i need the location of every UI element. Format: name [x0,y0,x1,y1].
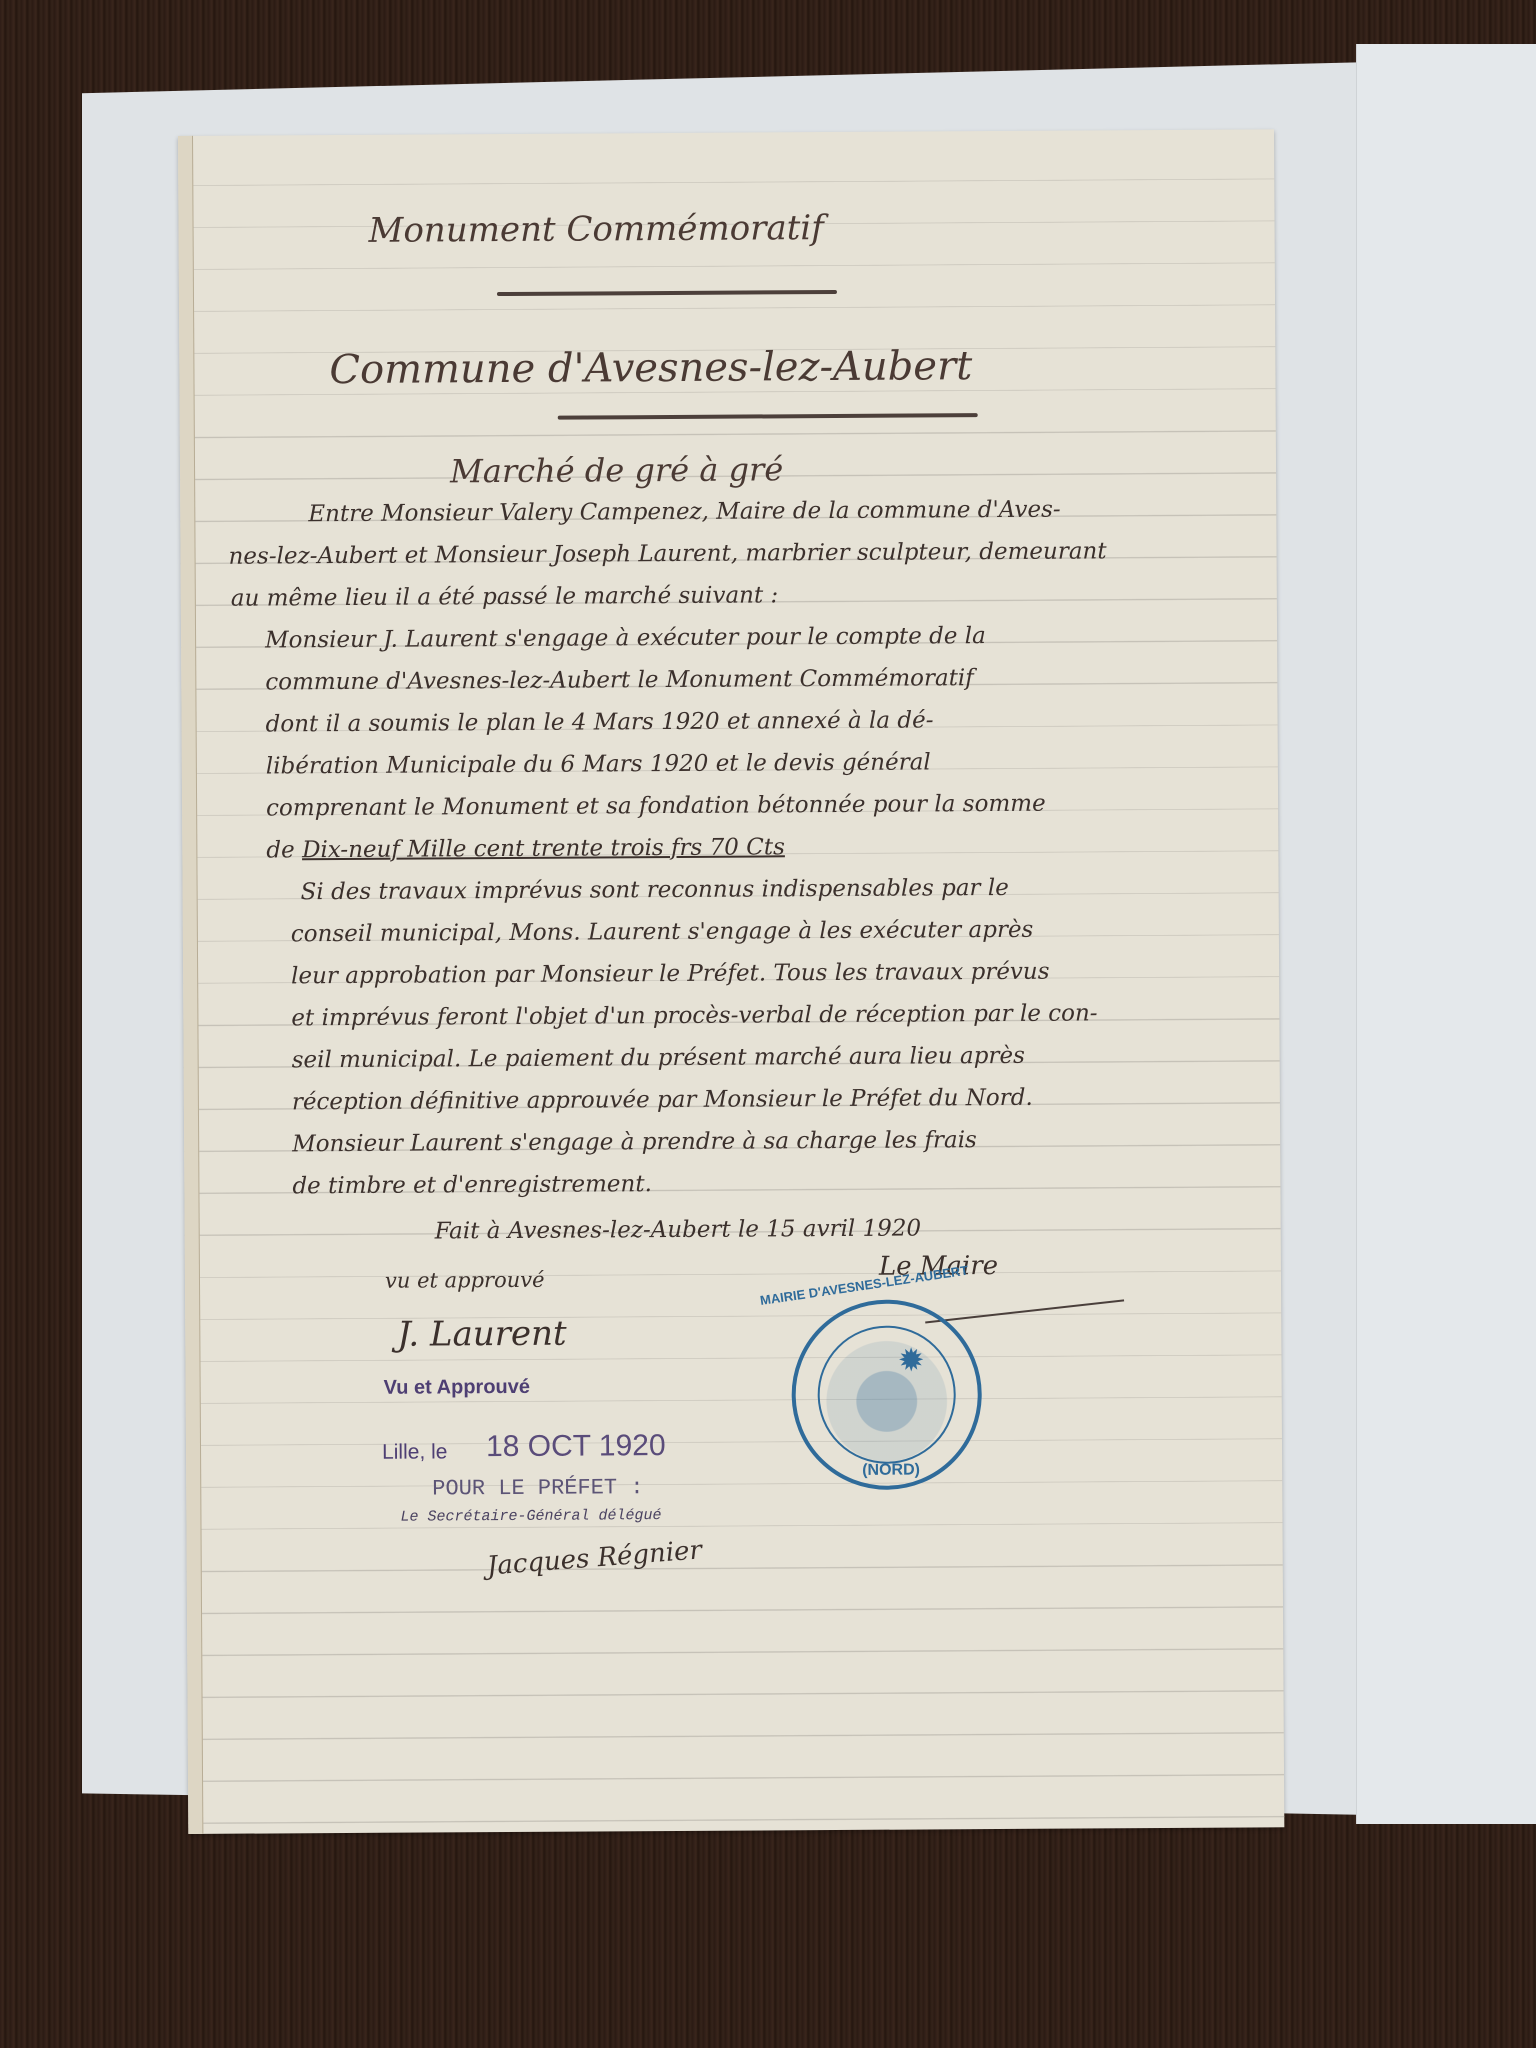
body-line: libération Municipale du 6 Mars 1920 et … [266,749,931,779]
body-line: réception définitive approuvée par Monsi… [292,1085,1033,1116]
place-date: Fait à Avesnes-lez-Aubert le 15 avril 19… [435,1215,922,1244]
commune-title: Commune d'Avesnes-lez-Aubert [329,343,972,393]
folded-backing-flap [1356,44,1536,1824]
heading-rule [497,290,837,296]
mayor-signature-stroke [925,1299,1124,1323]
seal-emblem-icon [817,1325,956,1464]
prefecture-date-stamp: 18 OCT 1920 [486,1429,666,1464]
prefecture-signature: Jacques Régnier [486,1535,703,1581]
body-line: seil municipal. Le paiement du présent m… [292,1043,1025,1073]
body-line: au même lieu il a été passé le marché su… [231,582,779,611]
body-line: et imprévus feront l'objet d'un procès-v… [291,1000,1097,1031]
delegate-stamp: Le Secrétaire-Général délégué [400,1507,661,1526]
body-line: nes-lez-Aubert et Monsieur Joseph Lauren… [228,538,1106,569]
document-sheet: Monument Commémoratif Commune d'Avesnes-… [178,129,1284,1834]
body-line-sum: de Dix-neuf Mille cent trente trois frs … [266,834,785,863]
contract-subheading: Marché de gré à gré [450,450,783,490]
body-line: comprenant le Monument et sa fondation b… [266,791,1046,822]
municipal-seal: MAIRIE D'AVESNES-LEZ-AUBERT (NORD) ✹ [791,1299,982,1490]
seal-top-text: MAIRIE D'AVESNES-LEZ-AUBERT [759,1263,969,1308]
contract-sum: Dix-neuf Mille cent trente trois frs 70 … [302,834,785,863]
body-line: Si des travaux imprévus sont reconnus in… [301,875,1009,905]
approval-stamp: Vu et Approuvé [384,1376,530,1400]
body-line: Entre Monsieur Valery Campenez, Maire de… [308,497,1060,528]
body-line: leur approbation par Monsieur le Préfet.… [291,959,1050,990]
seal-bottom-text: (NORD) [862,1461,920,1479]
seal-star-icon: ✹ [899,1343,923,1376]
body-line: de timbre et d'enregistrement. [292,1171,652,1199]
contractor-approval: vu et approuvé [385,1268,545,1293]
body-line: conseil municipal, Mons. Laurent s'engag… [291,917,1034,948]
prefecture-city-label: Lille, le [382,1440,448,1464]
body-line: Monsieur J. Laurent s'engage à exécuter … [265,623,986,653]
body-line: dont il a soumis le plan le 4 Mars 1920 … [266,707,934,737]
body-line: commune d'Avesnes-lez-Aubert le Monument… [265,665,974,695]
document-heading: Monument Commémoratif [368,208,823,251]
sum-prefix: de [266,837,302,863]
body-line: Monsieur Laurent s'engage à prendre à sa… [292,1127,977,1157]
contractor-signature: J. Laurent [397,1314,567,1355]
commune-rule [558,413,978,420]
for-prefect-stamp: POUR LE PRÉFET : [432,1475,643,1501]
